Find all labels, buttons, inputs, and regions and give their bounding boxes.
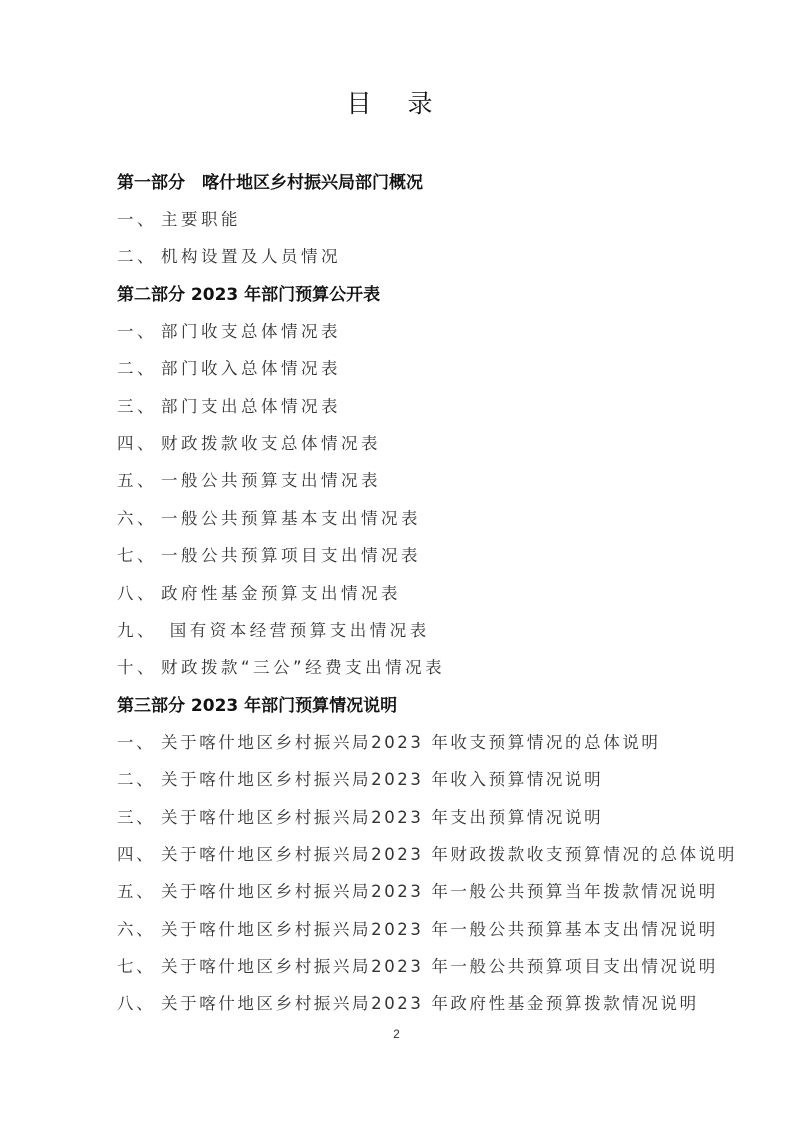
toc-item-number: 七、 [117,953,161,977]
toc-item-number: 八、 [117,580,161,604]
toc-item-number: 四、 [117,430,161,454]
toc-item-label: 一般公共预算项目支出情况表 [161,546,421,565]
toc-item-number: 一、 [117,318,161,342]
toc-item-label: 主要职能 [161,210,241,229]
toc-item[interactable]: 五、一般公共预算支出情况表 [117,467,381,491]
toc-item-number: 八、 [117,990,161,1014]
toc-item-label: 一般公共预算基本支出情况表 [161,509,421,528]
toc-item-label: 部门支出总体情况表 [161,397,341,416]
toc-item-number: 四、 [117,841,161,865]
toc-item-number: 一、 [117,206,161,230]
toc-item[interactable]: 六、一般公共预算基本支出情况表 [117,505,421,529]
toc-item-number: 九、 [117,617,161,641]
toc-item-label: 部门收入总体情况表 [161,359,341,378]
toc-item-label: 部门收支总体情况表 [161,322,341,341]
toc-item-label: 机构设置及人员情况 [161,247,341,266]
toc-item-label: 关于喀什地区乡村振兴局2023 年一般公共预算当年拨款情况说明 [161,882,718,901]
toc-item-number: 一、 [117,729,161,753]
toc-item-number: 二、 [117,355,161,379]
toc-item[interactable]: 一、关于喀什地区乡村振兴局2023 年收支预算情况的总体说明 [117,729,661,753]
toc-item-number: 六、 [117,916,161,940]
toc-item[interactable]: 二、关于喀什地区乡村振兴局2023 年收入预算情况说明 [117,766,603,790]
toc-item[interactable]: 二、部门收入总体情况表 [117,355,341,379]
toc-item[interactable]: 十、财政拨款“三公”经费支出情况表 [117,654,445,678]
toc-item-label: 财政拨款收支总体情况表 [161,434,381,453]
toc-part-heading[interactable]: 第一部分 喀什地区乡村振兴局部门概况 [117,168,423,193]
toc-item[interactable]: 八、政府性基金预算支出情况表 [117,580,401,604]
toc-item-number: 二、 [117,766,161,790]
toc-item[interactable]: 四、关于喀什地区乡村振兴局2023 年财政拨款收支预算情况的总体说明 [117,841,737,865]
toc-item-number: 十、 [117,654,161,678]
toc-item-number: 二、 [117,243,161,267]
toc-item-label: 关于喀什地区乡村振兴局2023 年政府性基金预算拨款情况说明 [161,994,699,1013]
toc-item[interactable]: 一、部门收支总体情况表 [117,318,341,342]
toc-item[interactable]: 八、关于喀什地区乡村振兴局2023 年政府性基金预算拨款情况说明 [117,990,699,1014]
toc-item[interactable]: 九、 国有资本经营预算支出情况表 [117,617,430,641]
toc-item[interactable]: 五、关于喀什地区乡村振兴局2023 年一般公共预算当年拨款情况说明 [117,878,718,902]
toc-item-label: 关于喀什地区乡村振兴局2023 年收入预算情况说明 [161,770,603,789]
page-number: 2 [0,1027,793,1041]
toc-item[interactable]: 一、主要职能 [117,206,241,230]
toc-item[interactable]: 三、部门支出总体情况表 [117,393,341,417]
toc-part-heading[interactable]: 第二部分 2023 年部门预算公开表 [117,280,380,305]
toc-item-number: 三、 [117,393,161,417]
page-title: 目 录 [0,84,793,120]
toc-item-number: 六、 [117,505,161,529]
toc-item-number: 三、 [117,804,161,828]
toc-item[interactable]: 七、一般公共预算项目支出情况表 [117,542,421,566]
toc-item-number: 五、 [117,878,161,902]
toc-item-label: 关于喀什地区乡村振兴局2023 年一般公共预算基本支出情况说明 [161,920,718,939]
toc-item-label: 财政拨款“三公”经费支出情况表 [161,658,445,677]
toc-item-number: 七、 [117,542,161,566]
toc-item-label: 关于喀什地区乡村振兴局2023 年财政拨款收支预算情况的总体说明 [161,845,737,864]
toc-part-heading[interactable]: 第三部分 2023 年部门预算情况说明 [117,691,397,716]
toc-item-label: 关于喀什地区乡村振兴局2023 年一般公共预算项目支出情况说明 [161,957,718,976]
toc-item[interactable]: 三、关于喀什地区乡村振兴局2023 年支出预算情况说明 [117,804,603,828]
toc-item-label: 关于喀什地区乡村振兴局2023 年支出预算情况说明 [161,808,603,827]
toc-item-label: 关于喀什地区乡村振兴局2023 年收支预算情况的总体说明 [161,733,661,752]
toc-item-number: 五、 [117,467,161,491]
toc-item[interactable]: 七、关于喀什地区乡村振兴局2023 年一般公共预算项目支出情况说明 [117,953,718,977]
toc-item[interactable]: 六、关于喀什地区乡村振兴局2023 年一般公共预算基本支出情况说明 [117,916,718,940]
toc-item-label: 一般公共预算支出情况表 [161,471,381,490]
toc-item-label: 国有资本经营预算支出情况表 [161,621,430,640]
toc-item[interactable]: 四、财政拨款收支总体情况表 [117,430,381,454]
toc-item[interactable]: 二、机构设置及人员情况 [117,243,341,267]
toc-item-label: 政府性基金预算支出情况表 [161,584,401,603]
